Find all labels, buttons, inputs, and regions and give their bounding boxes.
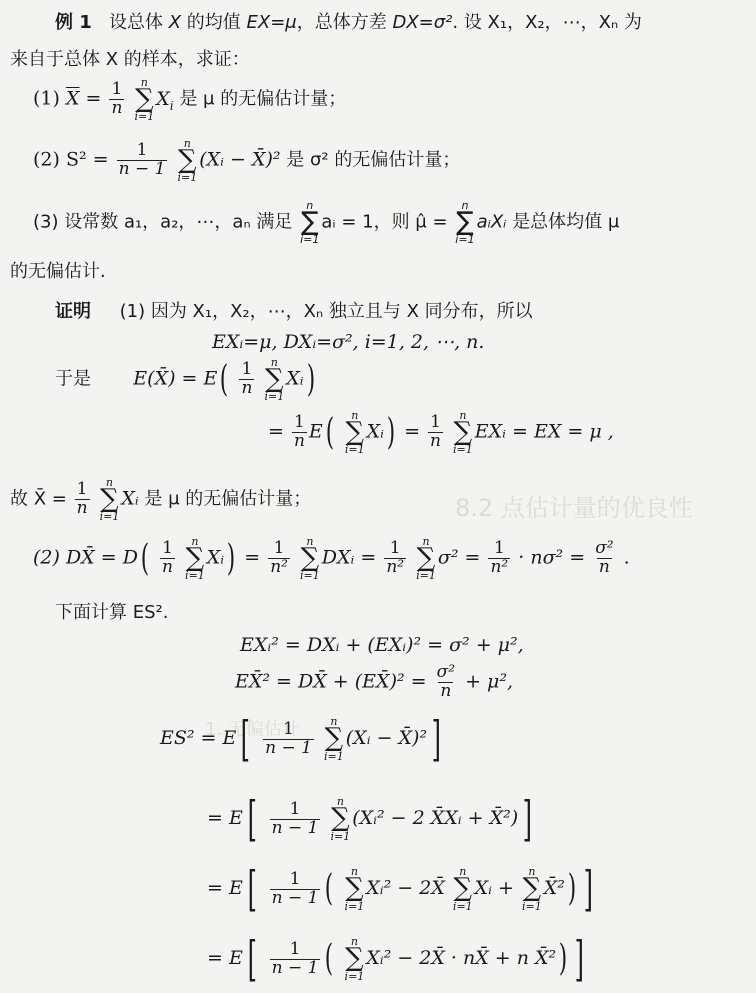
es2-line-2: = E[ 1n − 1 n∑i=1(Xᵢ² − 2 X̄Xᵢ + X̄²)]: [207, 795, 537, 843]
claim-2: (2) S² = 1n − 1 n∑i=1(Xᵢ − X̄)² 是 σ² 的无偏…: [33, 138, 460, 183]
claim-3-continued: 的无偏估计.: [10, 263, 106, 281]
eq-exi2: EXᵢ² = DXᵢ + (EXᵢ)² = σ² + μ²,: [240, 636, 524, 655]
example-label: 例 1: [55, 12, 92, 33]
summation-symbol: n∑i=1: [134, 77, 154, 122]
fraction: 1n: [109, 81, 124, 118]
variance-xbar: (2) DX̄ = D( 1n n∑i=1Xᵢ) = 1n² n∑i=1DXᵢ …: [33, 536, 630, 581]
example-line-1: 例 1 设总体 X 的均值 EX=μ，总体方差 DX=σ². 设 X₁，X₂，⋯…: [55, 14, 642, 32]
eq-exbar2: EX̄² = DX̄ + (EX̄)² = σ²n + μ²,: [235, 664, 513, 701]
claim-1: (1) X = 1n n∑i=1Xi 是 μ 的无偏估计量；: [33, 77, 346, 122]
proof-label: 证明: [55, 301, 91, 322]
conclusion-1: 故 X̄ = 1n n∑i=1Xᵢ 是 μ 的无偏估计量；: [10, 477, 311, 522]
summation-symbol: n∑i=1: [177, 138, 197, 183]
proof-eq-moments: EXᵢ=μ, DXᵢ=σ², i=1, 2, ⋯, n.: [212, 333, 484, 352]
next-compute-es2: 下面计算 ES².: [55, 604, 168, 622]
bleed-through-heading: 8.2 点估计量的优良性: [455, 488, 693, 523]
es2-line-3: = E[ 1n − 1( n∑i=1Xᵢ² − 2X̄ n∑i=1Xᵢ + n∑…: [207, 865, 598, 913]
expectation-xbar-line-2: = 1nE( n∑i=1Xᵢ) = 1n n∑i=1EXᵢ = EX = μ ,: [268, 410, 614, 455]
es2-line-4: = E[ 1n − 1( n∑i=1Xᵢ² − 2X̄ · nX̄ + n X̄…: [207, 935, 589, 983]
expectation-xbar-line-1: 于是 E(X̄) = E( 1n n∑i=1Xᵢ): [55, 357, 318, 402]
es2-line-1: ES² = E[ 1n − 1 n∑i=1(Xᵢ − X̄)²]: [160, 715, 446, 763]
claim-3: (3) 设常数 a₁，a₂，⋯，aₙ 满足 n∑i=1aᵢ = 1，则 μ̂ =…: [33, 200, 619, 245]
proof-line-1: 证明 (1) 因为 X₁，X₂，⋯，Xₙ 独立且与 X 同分布，所以: [55, 303, 533, 321]
example-line-2: 来自于总体 X 的样本，求证：: [10, 51, 250, 69]
textbook-page: 8.2 点估计量的优良性 1. 无偏估计 例 1 设总体 X 的均值 EX=μ，…: [0, 0, 756, 993]
